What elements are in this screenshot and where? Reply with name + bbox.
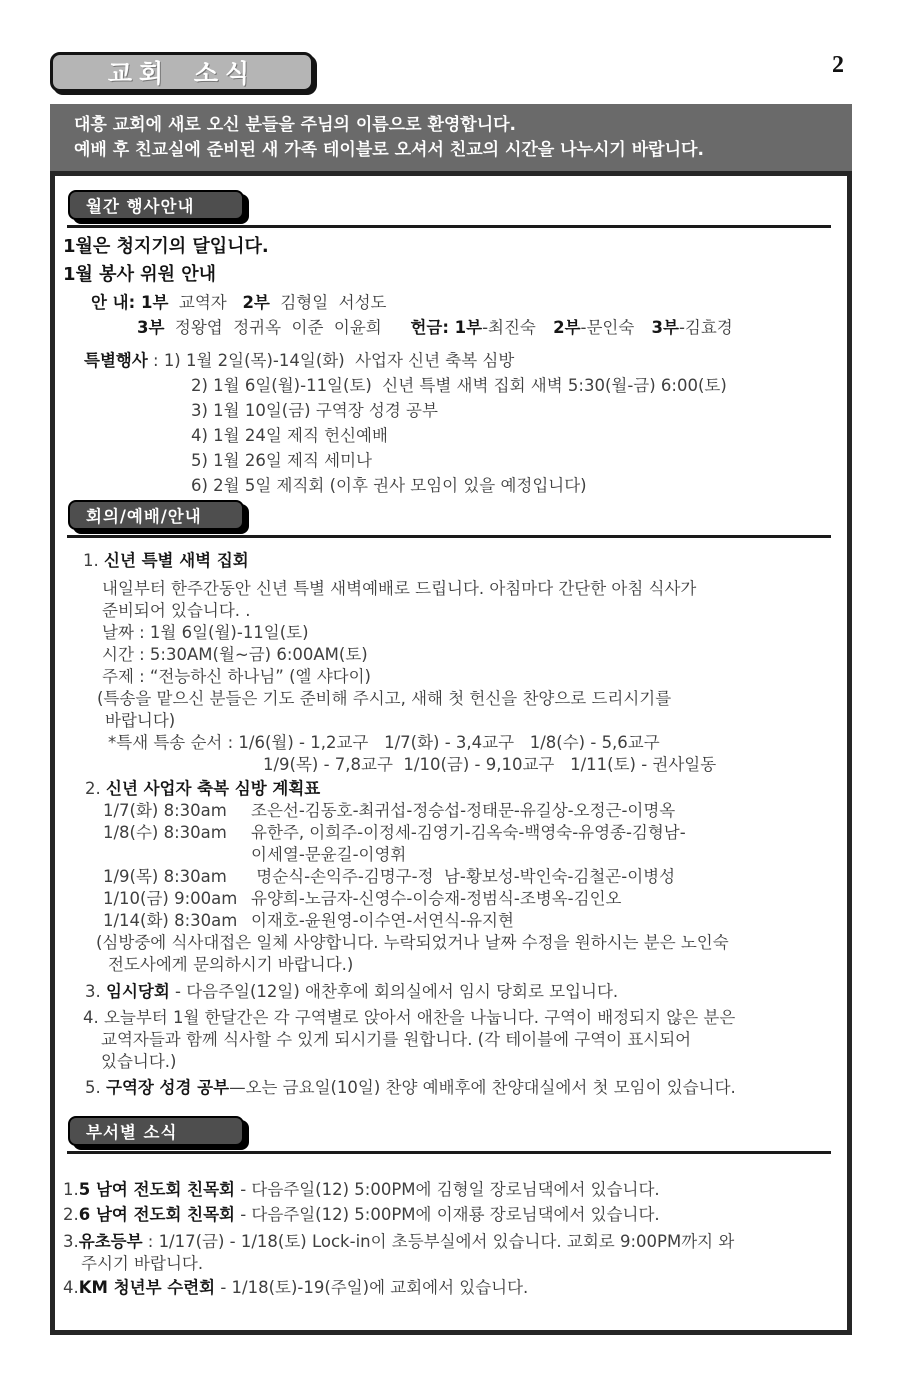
page-title-text: 교회 소식 bbox=[108, 54, 256, 90]
special-event-text: : 1) 1월 2일(목)-14일(화) 사업자 신년 축복 심방 bbox=[148, 351, 515, 370]
meeting-item-3: 3. 임시당회 - 다음주일(12일) 애찬후에 회의실에서 임시 당회로 모입… bbox=[85, 981, 839, 1003]
item-title: 유초등부 bbox=[79, 1232, 143, 1251]
ushers-line-2: 3부 정왕엽 정귀옥 이준 이윤희 헌금: 1부-최진숙 2부-문인숙 3부-김… bbox=[137, 317, 839, 339]
section-header-departments-label: 부서별 소식 bbox=[86, 1119, 177, 1143]
item-number: 2. bbox=[85, 779, 106, 798]
item-number: 3. bbox=[85, 982, 106, 1001]
item-number: 5. bbox=[85, 1078, 106, 1097]
content-box: 월간 행사안내 1월은 청지기의 달입니다. 1월 봉사 위원 안내 안 내: … bbox=[50, 171, 852, 1335]
volunteer-title: 1월 봉사 위원 안내 bbox=[63, 264, 839, 286]
item-title: 5 남여 전도회 친목회 bbox=[79, 1180, 235, 1199]
meeting-item-1-body: (특송을 맡으신 분들은 기도 준비해 주시고, 새해 첫 헌신을 찬양으로 드… bbox=[97, 688, 839, 710]
item-title: 임시당회 bbox=[106, 982, 170, 1001]
offering-name: -문인숙 bbox=[581, 318, 635, 337]
visit-date: 1/10(금) 9:00am bbox=[103, 888, 243, 910]
department-item: 2.6 남여 전도회 친목회 - 다음주일(12) 5:00PM에 이재룡 장로… bbox=[63, 1204, 839, 1226]
visit-note-line-2: 전도사에게 문의하시기 바랍니다.) bbox=[108, 954, 839, 976]
usher-label: 2부 bbox=[242, 293, 269, 312]
visit-date: 1/7(화) 8:30am bbox=[103, 800, 243, 822]
meeting-item-1-body: 주제 : “전능하신 하나님” (엘 샤다이) bbox=[102, 666, 839, 688]
visit-schedule-row: 이세열-문윤길-이영휘 bbox=[103, 844, 839, 866]
item-text: - 다음주일(12일) 애찬후에 회의실에서 임시 당회로 모입니다. bbox=[170, 982, 618, 1001]
visit-names: 이세열-문윤길-이영휘 bbox=[251, 844, 839, 866]
meeting-item-4-line-3: 있습니다.) bbox=[101, 1051, 839, 1073]
item-title: KM 청년부 수련회 bbox=[79, 1278, 215, 1297]
meeting-item-1-body: 날짜 : 1월 6일(월)-11일(토) bbox=[102, 622, 839, 644]
offering-label: 헌금: 1부 bbox=[382, 318, 482, 337]
offering-label: 3부 bbox=[634, 318, 679, 337]
visit-date: 1/14(화) 8:30am bbox=[103, 910, 243, 932]
item-number: 1. bbox=[83, 551, 104, 570]
special-events-label: 특별행사 bbox=[84, 351, 148, 370]
item-title: 6 남여 전도회 친목회 bbox=[79, 1205, 235, 1224]
item-text: - 다음주일(12) 5:00PM에 이재룡 장로님댁에서 있습니다. bbox=[235, 1205, 660, 1224]
item-number: 2. bbox=[63, 1205, 79, 1224]
meeting-item-1-body: 바랍니다) bbox=[105, 710, 839, 732]
special-events-line-1: 특별행사 : 1) 1월 2일(목)-14일(화) 사업자 신년 축복 심방 bbox=[84, 350, 839, 372]
item-text: - 다음주일(12) 5:00PM에 김형일 장로님댁에서 있습니다. bbox=[235, 1180, 660, 1199]
usher-names: 김형일 서성도 bbox=[270, 293, 387, 312]
section-rule bbox=[67, 225, 831, 228]
visit-names: 이재호-윤원영-이수연-서연식-유지현 bbox=[251, 910, 839, 932]
special-event-item: 5) 1월 26일 제직 세미나 bbox=[191, 450, 839, 472]
visit-note-line-1: (심방중에 식사대접은 일체 사양합니다. 누락되었거나 날짜 수정을 원하시는… bbox=[96, 932, 839, 954]
visit-schedule-row: 1/9(목) 8:30am 명순식-손익주-김명구-정 남-황보성-박인숙-김철… bbox=[103, 866, 839, 888]
meeting-item-1-body: 시간 : 5:30AM(월~금) 6:00AM(토) bbox=[102, 644, 839, 666]
item-title: 구역장 성경 공부 bbox=[106, 1078, 229, 1097]
meeting-item-4-line-1: 4. 오늘부터 1월 한달간은 각 구역별로 앉아서 애찬을 나눕니다. 구역이… bbox=[83, 1007, 839, 1029]
visit-date: 1/8(수) 8:30am bbox=[103, 822, 243, 844]
visit-date bbox=[103, 844, 243, 866]
special-event-item: 6) 2월 5일 제직회 (이후 권사 모임이 있을 예정입니다) bbox=[191, 475, 839, 497]
special-event-item: 2) 1월 6일(월)-11일(토) 신년 특별 새벽 집회 새벽 5:30(월… bbox=[191, 375, 839, 397]
section-rule bbox=[67, 1151, 831, 1154]
section-header-monthly-label: 월간 행사안내 bbox=[86, 193, 194, 217]
usher-names: 정왕엽 정귀옥 이준 이윤희 bbox=[164, 318, 381, 337]
visit-names: 유양희-노금자-신영수-이승재-정범식-조병옥-김인오 bbox=[251, 888, 839, 910]
visit-names: 조은선-김동호-최귀섭-정승섭-정태문-유길상-오정근-이명옥 bbox=[251, 800, 839, 822]
meeting-item-1-title: 1. 신년 특별 새벽 집회 bbox=[83, 550, 839, 572]
visit-names: 명순식-손익주-김명구-정 남-황보성-박인숙-김철곤-이병성 bbox=[251, 866, 839, 888]
usher-names: 교역자 bbox=[168, 293, 242, 312]
usher-label: 3부 bbox=[137, 318, 164, 337]
visit-schedule-row: 1/10(금) 9:00am유양희-노금자-신영수-이승재-정범식-조병옥-김인… bbox=[103, 888, 839, 910]
item-text: - 1/18(토)-19(주일)에 교회에서 있습니다. bbox=[215, 1278, 528, 1297]
welcome-banner: 대흥 교회에 새로 오신 분들을 주님의 이름으로 환영합니다. 예배 후 친교… bbox=[50, 104, 852, 171]
visit-names: 유한주, 이희주-이정세-김영기-김옥숙-백영숙-유영종-김형남- bbox=[251, 822, 839, 844]
item-title: 신년 사업자 축복 심방 계획표 bbox=[106, 779, 320, 798]
section-header-meetings: 회의/예배/안내 bbox=[68, 500, 244, 530]
page-number: 2 bbox=[832, 52, 844, 79]
item-text: : 1/17(금) - 1/18(토) Lock-in이 초등부실에서 있습니다… bbox=[143, 1232, 735, 1251]
item-number: 3. bbox=[63, 1232, 79, 1251]
offering-name: -최진숙 bbox=[482, 318, 536, 337]
department-item-continuation: 주시기 바랍니다. bbox=[81, 1253, 839, 1275]
visit-date: 1/9(목) 8:30am bbox=[103, 866, 243, 888]
section-rule bbox=[67, 535, 831, 538]
meeting-item-1-body: 준비되어 있습니다. . bbox=[102, 600, 839, 622]
meeting-item-4-line-2: 교역자들과 함께 식사할 수 있게 되시기를 원합니다. (각 테이블에 구역이… bbox=[101, 1029, 839, 1051]
department-item: 1.5 남여 전도회 친목회 - 다음주일(12) 5:00PM에 김형일 장로… bbox=[63, 1179, 839, 1201]
ushers-line-1: 안 내: 1부 교역자 2부 김형일 서성도 bbox=[91, 292, 839, 314]
department-item: 3.유초등부 : 1/17(금) - 1/18(토) Lock-in이 초등부실… bbox=[63, 1231, 839, 1253]
section-header-meetings-label: 회의/예배/안내 bbox=[86, 503, 202, 527]
item-title: 신년 특별 새벽 집회 bbox=[104, 551, 249, 570]
section-header-departments: 부서별 소식 bbox=[68, 1116, 244, 1146]
welcome-line-2: 예배 후 친교실에 준비된 새 가족 테이블로 오셔서 친교의 시간을 나누시기… bbox=[74, 138, 842, 163]
item-number: 4. bbox=[63, 1278, 79, 1297]
special-song-order-line-2: 1/9(목) - 7,8교구 1/10(금) - 9,10교구 1/11(토) … bbox=[263, 754, 839, 776]
special-event-item: 3) 1월 10일(금) 구역장 성경 공부 bbox=[191, 400, 839, 422]
item-number: 1. bbox=[63, 1180, 79, 1199]
page-title: 교회 소식 bbox=[50, 52, 314, 92]
special-song-order-line-1: *특새 특송 순서 : 1/6(월) - 1,2교구 1/7(화) - 3,4교… bbox=[108, 732, 839, 754]
meeting-item-1-body: 내일부터 한주간동안 신년 특별 새벽예배로 드립니다. 아침마다 간단한 아침… bbox=[102, 578, 839, 600]
steward-month-line: 1월은 청지기의 달입니다. bbox=[63, 236, 839, 258]
usher-label: 안 내: 1부 bbox=[91, 293, 168, 312]
item-text: —오는 금요일(10일) 찬양 예배후에 찬양대실에서 첫 모임이 있습니다. bbox=[229, 1078, 736, 1097]
special-event-item: 4) 1월 24일 제직 헌신예배 bbox=[191, 425, 839, 447]
visit-schedule-row: 1/14(화) 8:30am이재호-윤원영-이수연-서연식-유지현 bbox=[103, 910, 839, 932]
visit-schedule-row: 1/7(화) 8:30am조은선-김동호-최귀섭-정승섭-정태문-유길상-오정근… bbox=[103, 800, 839, 822]
visit-schedule-row: 1/8(수) 8:30am유한주, 이희주-이정세-김영기-김옥숙-백영숙-유영… bbox=[103, 822, 839, 844]
meeting-item-5: 5. 구역장 성경 공부—오는 금요일(10일) 찬양 예배후에 찬양대실에서 … bbox=[85, 1077, 839, 1099]
department-item: 4.KM 청년부 수련회 - 1/18(토)-19(주일)에 교회에서 있습니다… bbox=[63, 1277, 839, 1299]
offering-name: -김효경 bbox=[679, 318, 733, 337]
section-header-monthly: 월간 행사안내 bbox=[68, 190, 244, 220]
meeting-item-2-title: 2. 신년 사업자 축복 심방 계획표 bbox=[85, 778, 839, 800]
offering-label: 2부 bbox=[536, 318, 581, 337]
welcome-line-1: 대흥 교회에 새로 오신 분들을 주님의 이름으로 환영합니다. bbox=[74, 113, 842, 138]
